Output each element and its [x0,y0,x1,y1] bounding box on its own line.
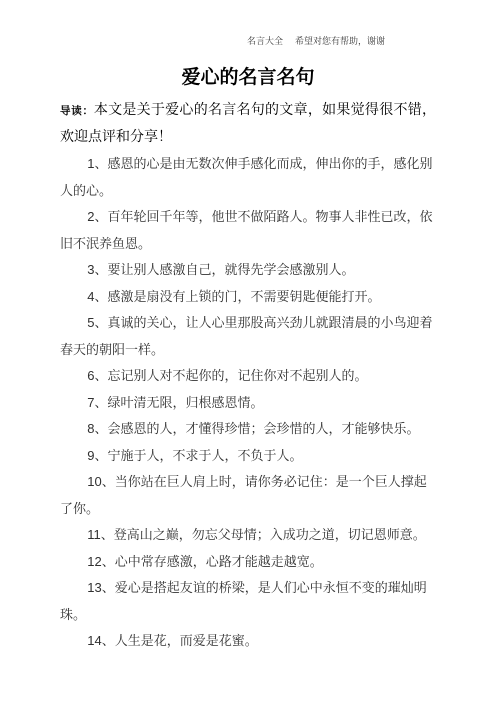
lead-text: 本文是关于爱心的名言名句的文章，如果觉得很不错，欢迎点评和分享！ [60,103,436,145]
quote-item: 12、心中常存感激，心路才能越走越宽。 [60,549,436,576]
quote-item: 1、感恩的心是由无数次伸手感化而成，伸出你的手，感化别人的心。 [60,151,436,204]
quote-item: 4、感激是扇没有上锁的门，不需要钥匙便能打开。 [60,284,436,311]
header-note: 名言大全希望对您有帮助，谢谢 [0,35,385,47]
header-site-name: 名言大全 [247,36,283,46]
page-title: 爱心的名言名句 [0,64,496,92]
quote-item: 5、真诚的关心，让人心里那股高兴劲儿就跟清晨的小鸟迎着春天的朝阳一样。 [60,310,436,363]
quote-item: 7、绿叶清无限，归根感恩情。 [60,390,436,417]
lead-label: 导读： [60,105,94,117]
quote-item: 9、宁施于人，不求于人，不负于人。 [60,443,436,470]
quote-item: 13、爱心是搭起友谊的桥梁，是人们心中永恒不变的璀灿明珠。 [60,575,436,628]
quote-item: 10、当你站在巨人肩上时，请你务必记住：是一个巨人撑起了你。 [60,469,436,522]
quote-item: 11、登高山之巅，勿忘父母情；入成功之道，切记恩师意。 [60,522,436,549]
document-body: 导读：本文是关于爱心的名言名句的文章，如果觉得很不错，欢迎点评和分享！ 1、感恩… [60,98,436,655]
quote-item: 2、百年轮回千年等，他世不做陌路人。物事人非性已改，依旧不泯养鱼恩。 [60,204,436,257]
lead-paragraph: 导读：本文是关于爱心的名言名句的文章，如果觉得很不错，欢迎点评和分享！ [60,98,436,151]
quote-item: 3、要让别人感激自己，就得先学会感激别人。 [60,257,436,284]
header-message: 希望对您有帮助，谢谢 [295,36,385,46]
quote-item: 6、忘记别人对不起你的，记住你对不起别人的。 [60,363,436,390]
document-page: 名言大全希望对您有帮助，谢谢 爱心的名言名句 导读：本文是关于爱心的名言名句的文… [0,0,496,702]
quote-item: 14、人生是花，而爱是花蜜。 [60,628,436,655]
quote-item: 8、会感恩的人，才懂得珍惜；会珍惜的人，才能够快乐。 [60,416,436,443]
